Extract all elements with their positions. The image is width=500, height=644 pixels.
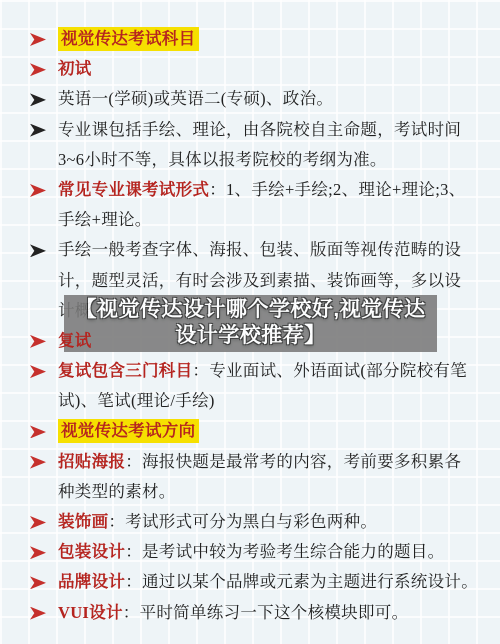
item-text-line: 品牌设计：通过以某个品牌或元素为主题进行系统设计。 — [58, 567, 480, 597]
item-text-line: 手绘一般考查字体、海报、包装、版面等视传范畴的设 — [58, 235, 480, 265]
list-item: 初试 — [0, 54, 500, 84]
body-text: ：考试形式可分为黑白与彩色两种。 — [108, 512, 377, 531]
red-label: 包装设计 — [58, 542, 125, 561]
arrow-bullet-icon — [30, 184, 46, 197]
arrow-bullet-icon — [30, 63, 46, 76]
body-text: 试)、笔试(理论/手绘) — [58, 391, 215, 410]
red-label: 复试 — [58, 331, 92, 350]
highlighted-label: 视觉传达考试方向 — [58, 419, 199, 443]
arrow-bullet-icon — [30, 516, 46, 529]
arrow-bullet-icon — [30, 365, 46, 378]
list-item: 常见专业课考试形式：1、手绘+手绘;2、理论+理论;3、手绘+理论。 — [0, 175, 500, 235]
arrow-bullet-icon — [30, 546, 46, 559]
item-text-line: VUI设计：平时简单练习一下这个核模块即可。 — [58, 598, 480, 628]
item-text-line: 包装设计：是考试中较为考验考生综合能力的题目。 — [58, 537, 480, 567]
arrow-bullet-icon — [30, 607, 46, 620]
watermark-text-line1: 【视觉传达设计哪个学校好,视觉传达 — [64, 297, 437, 323]
item-text-line: 手绘+理论。 — [58, 205, 480, 235]
red-label: 常见专业课考试形式 — [58, 180, 209, 199]
body-text: 英语一(学硕)或英语二(专硕)、政治。 — [58, 89, 333, 108]
arrow-bullet-icon — [30, 244, 46, 257]
red-label: 品牌设计 — [58, 572, 125, 591]
body-text: 种类型的素材。 — [58, 482, 176, 501]
body-text: ：1、手绘+手绘;2、理论+理论;3、 — [209, 180, 465, 199]
body-text: 计，题型灵活，有时会涉及到素描、装饰画等，多以设 — [58, 271, 461, 290]
list-item: 招贴海报：海报快题是最常考的内容，考前要多积累各种类型的素材。 — [0, 447, 500, 507]
list-item: 复试包含三门科目：专业面试、外语面试(部分院校有笔试)、笔试(理论/手绘) — [0, 356, 500, 416]
item-text-line: 专业课包括手绘、理论，由各院校自主命题，考试时间 — [58, 115, 480, 145]
item-text-line: 初试 — [58, 54, 480, 84]
item-text-line: 视觉传达考试科目 — [58, 24, 480, 54]
item-text-line: 复试 — [58, 326, 480, 356]
item-text-line: 复试包含三门科目：专业面试、外语面试(部分院校有笔 — [58, 356, 480, 386]
red-label: VUI设计 — [58, 603, 123, 622]
body-text: ：海报快题是最常考的内容，考前要多积累各 — [125, 452, 461, 471]
body-text: 手绘+理论。 — [58, 210, 152, 229]
item-text-line: 3~6小时不等，具体以报考院校的考纲为准。 — [58, 145, 480, 175]
item-text-line: 视觉传达考试方向 — [58, 416, 480, 446]
list-item: 品牌设计：通过以某个品牌或元素为主题进行系统设计。 — [0, 567, 500, 597]
slide: 视觉传达考试科目初试英语一(学硕)或英语二(专硕)、政治。专业课包括手绘、理论，… — [0, 0, 500, 644]
list-item: 专业课包括手绘、理论，由各院校自主命题，考试时间3~6小时不等，具体以报考院校的… — [0, 115, 500, 175]
body-text: ：通过以某个品牌或元素为主题进行系统设计。 — [125, 572, 478, 591]
red-label: 招贴海报 — [58, 452, 125, 471]
list-item: VUI设计：平时简单练习一下这个核模块即可。 — [0, 598, 500, 628]
body-text: ：是考试中较为考验考生综合能力的题目。 — [125, 542, 444, 561]
red-label: 复试包含三门科目 — [58, 361, 192, 380]
arrow-bullet-icon — [30, 124, 46, 137]
list-item: 视觉传达考试方向 — [0, 416, 500, 446]
arrow-bullet-icon — [30, 33, 46, 46]
body-text: 手绘一般考查字体、海报、包装、版面等视传范畴的设 — [58, 240, 461, 259]
body-text: 3~6小时不等，具体以报考院校的考纲为准。 — [58, 150, 387, 169]
arrow-bullet-icon — [30, 425, 46, 438]
list-item: 装饰画：考试形式可分为黑白与彩色两种。 — [0, 507, 500, 537]
red-label: 初试 — [58, 59, 92, 78]
item-text-line: 招贴海报：海报快题是最常考的内容，考前要多积累各 — [58, 447, 480, 477]
item-text-line: 装饰画：考试形式可分为黑白与彩色两种。 — [58, 507, 480, 537]
list-item: 包装设计：是考试中较为考验考生综合能力的题目。 — [0, 537, 500, 567]
item-text-line: 常见专业课考试形式：1、手绘+手绘;2、理论+理论;3、 — [58, 175, 480, 205]
body-text: ：专业面试、外语面试(部分院校有笔 — [192, 361, 467, 380]
list-item: 视觉传达考试科目 — [0, 24, 500, 54]
highlighted-label: 视觉传达考试科目 — [58, 27, 199, 51]
red-label: 装饰画 — [58, 512, 108, 531]
item-text-line: 计，题型灵活，有时会涉及到素描、装饰画等，多以设 — [58, 266, 480, 296]
arrow-bullet-icon — [30, 335, 46, 348]
body-text: ：平时简单练习一下这个核模块即可。 — [123, 603, 409, 622]
arrow-bullet-icon — [30, 576, 46, 589]
arrow-bullet-icon — [30, 93, 46, 106]
item-text-line: 试)、笔试(理论/手绘) — [58, 386, 480, 416]
arrow-bullet-icon — [30, 456, 46, 469]
list-item: 复试 — [0, 326, 500, 356]
item-text-line: 种类型的素材。 — [58, 477, 480, 507]
list-item: 英语一(学硕)或英语二(专硕)、政治。 — [0, 84, 500, 114]
item-text-line: 英语一(学硕)或英语二(专硕)、政治。 — [58, 84, 480, 114]
body-text: 专业课包括手绘、理论，由各院校自主命题，考试时间 — [58, 120, 461, 139]
